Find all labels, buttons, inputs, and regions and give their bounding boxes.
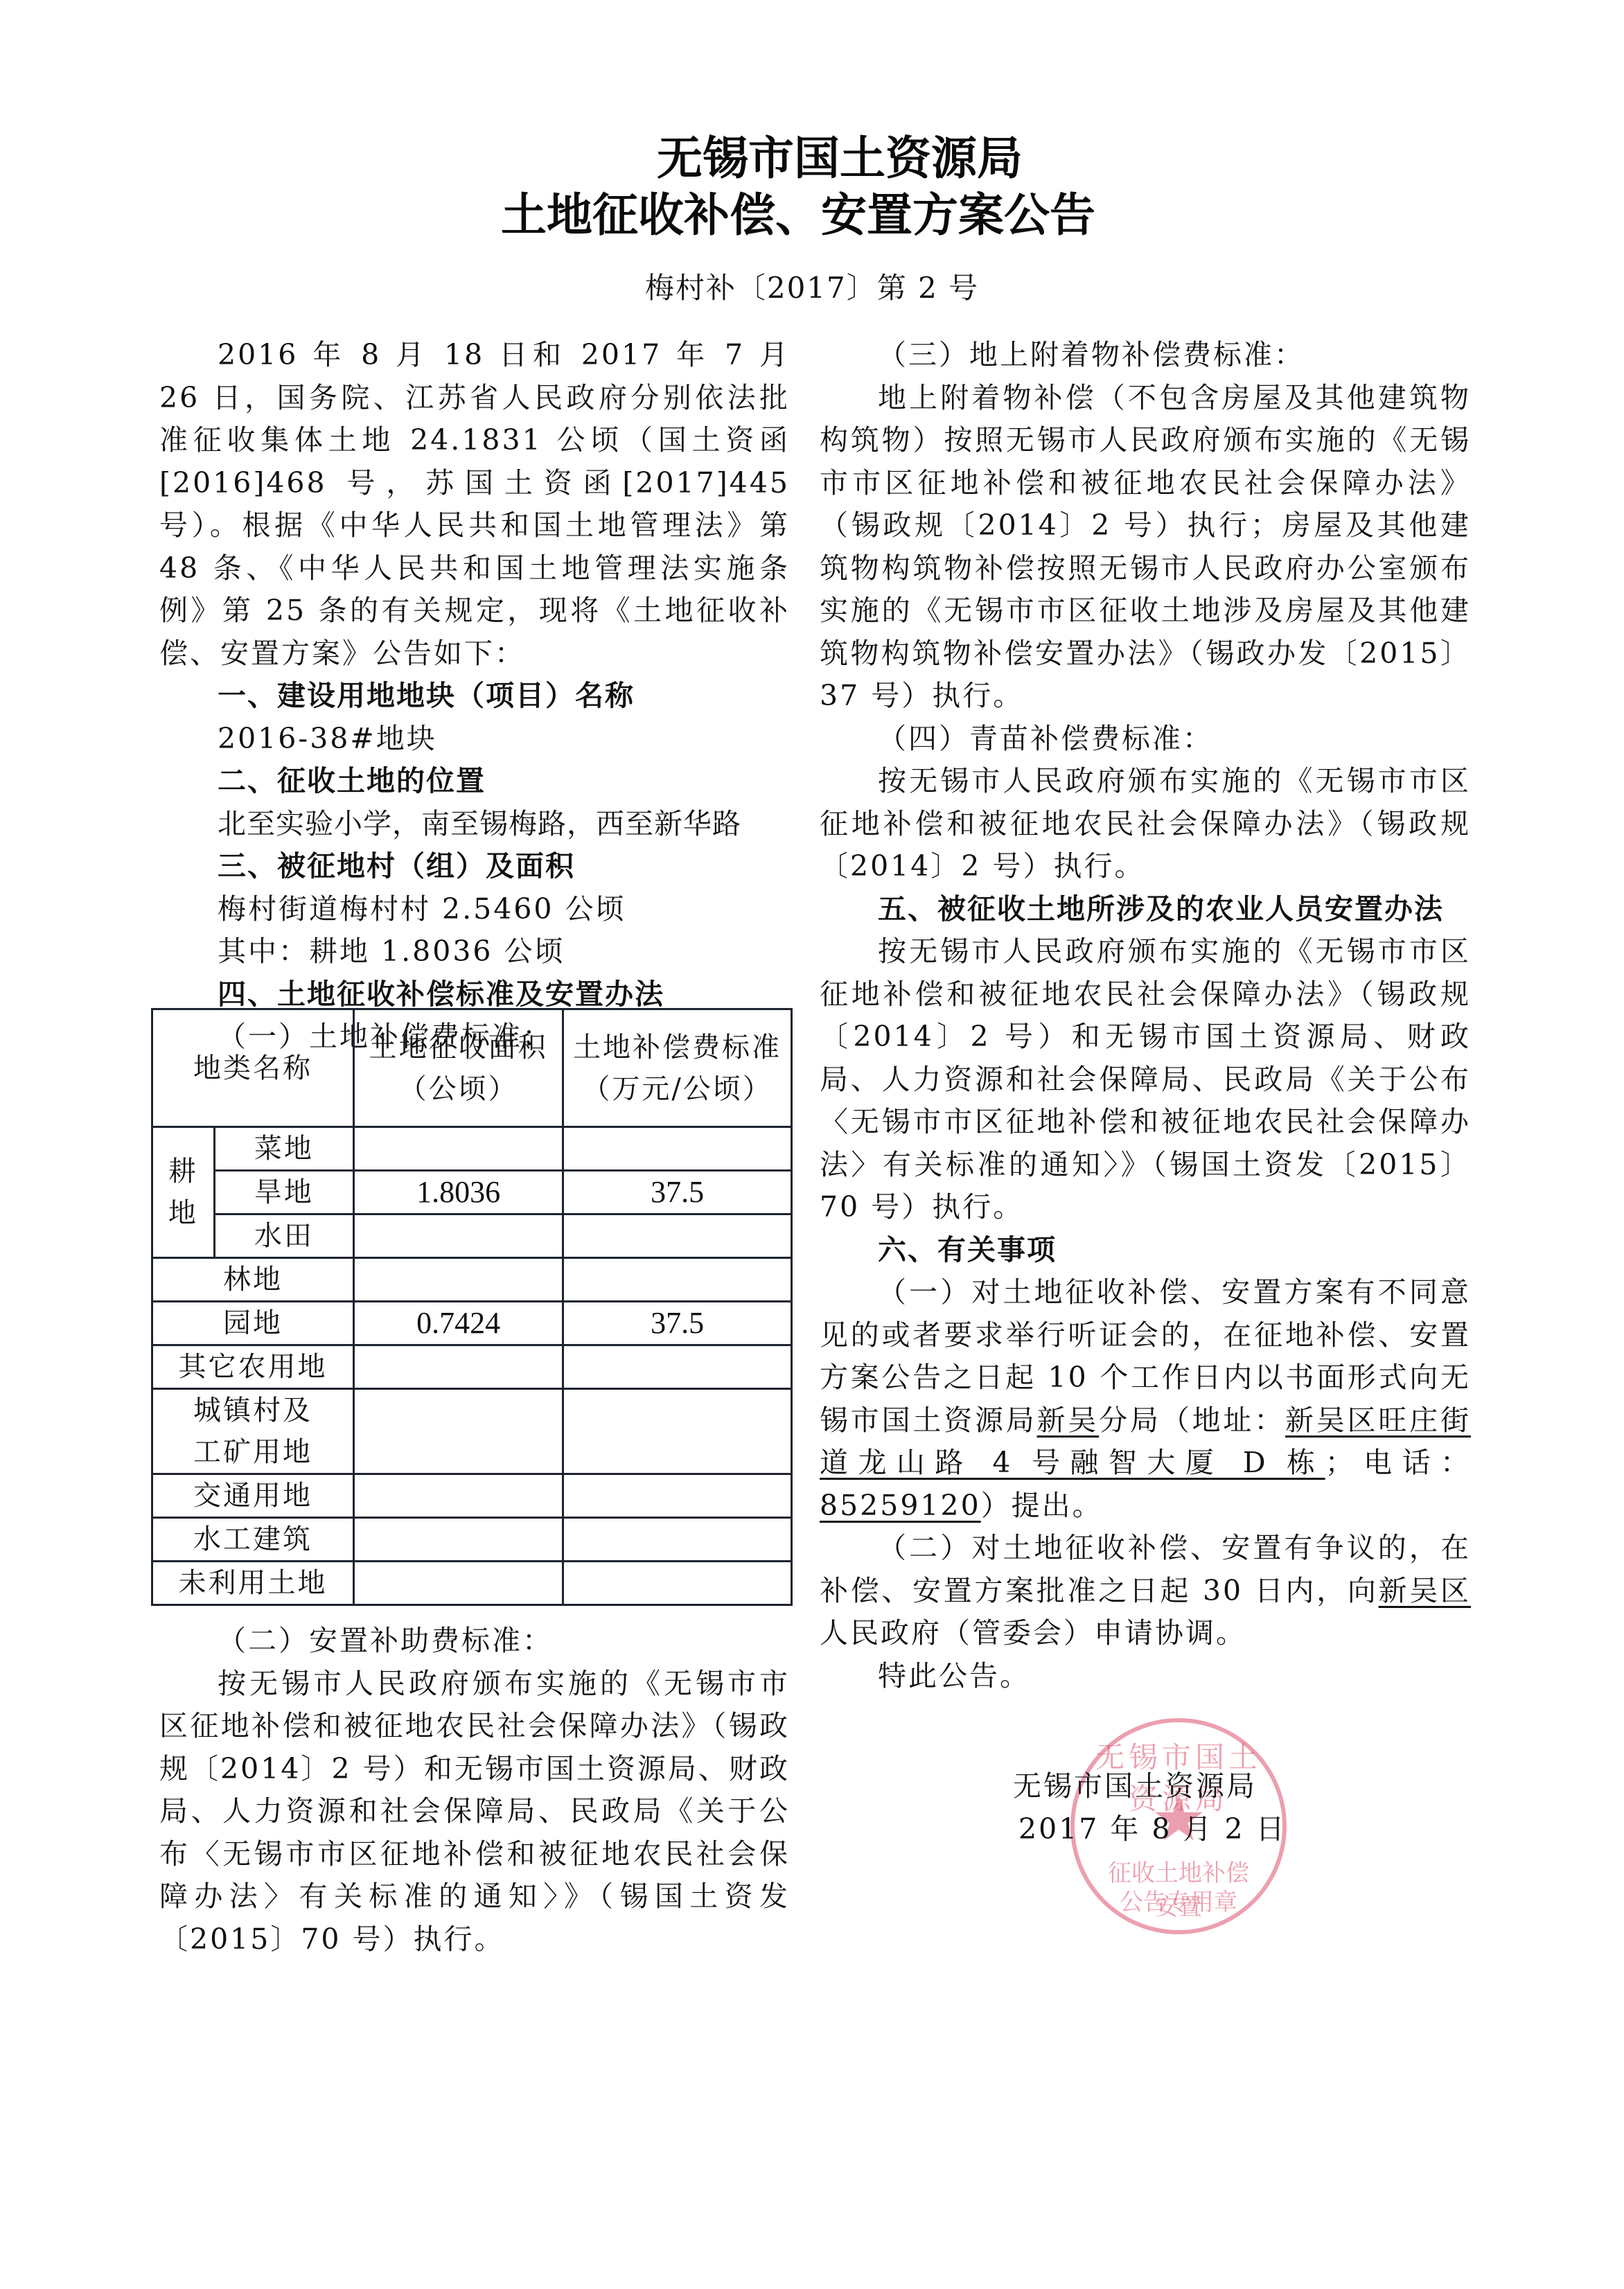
row-name: 未利用土地 xyxy=(152,1562,354,1605)
row-area xyxy=(354,1258,563,1302)
table-row: 水工建筑 xyxy=(152,1518,792,1562)
group-label-char-2: 地 xyxy=(153,1192,213,1234)
group-label-cultivated: 耕 地 xyxy=(152,1127,215,1258)
item-2-text-b: 人民政府（管委会）申请协调。 xyxy=(820,1616,1246,1650)
item-1-text-b: 分局（地址： xyxy=(1099,1404,1285,1437)
section-1-body: 2016-38#地块 xyxy=(159,718,790,761)
row-rate xyxy=(563,1214,792,1258)
table-row: 水田 xyxy=(152,1214,792,1258)
section-6-item-1: （一）对土地征收补偿、安置方案有不同意见的或者要求举行听证会的，在征地补偿、安置… xyxy=(820,1271,1471,1527)
section-4-sub4-heading: （四）青苗补偿费标准： xyxy=(820,718,1471,761)
closing-statement: 特此公告。 xyxy=(820,1655,1471,1698)
row-rate xyxy=(563,1345,792,1389)
section-4-sub2-heading: （二）安置补助费标准： xyxy=(159,1620,790,1663)
section-4-sub2-body: 按无锡市人民政府颁布实施的《无锡市市区征地补偿和被征地农民社会保障办法》（锡政规… xyxy=(159,1663,790,1961)
row-area xyxy=(354,1389,563,1474)
item-1-text-d: ）提出。 xyxy=(981,1489,1103,1522)
header-area-line1: 土地征收面积 xyxy=(355,1027,562,1068)
section-2-heading: 二、征收土地的位置 xyxy=(159,760,790,803)
item-1-phone: 85259120 xyxy=(820,1489,981,1522)
land-compensation-table: 地类名称 土地征收面积 （公顷） 土地补偿费标准 （万元/公顷） 耕 地 菜地 … xyxy=(151,1008,793,1606)
signature-date: 2017 年 8 月 2 日 xyxy=(1018,1808,1287,1850)
section-4-sub4-body: 按无锡市人民政府颁布实施的《无锡市市区征地补偿和被征地农民社会保障办法》（锡政规… xyxy=(820,760,1471,888)
row-name: 交通用地 xyxy=(152,1474,354,1518)
section-5-heading: 五、被征收土地所涉及的农业人员安置办法 xyxy=(820,888,1471,931)
section-6-heading: 六、有关事项 xyxy=(820,1229,1471,1272)
header-area: 土地征收面积 （公顷） xyxy=(354,1009,563,1127)
seal-inner-line1: 征收土地补偿安置 xyxy=(1102,1854,1255,1922)
row-rate xyxy=(563,1258,792,1302)
left-column: 2016 年 8 月 18 日和 2017 年 7 月 26 日，国务院、江苏省… xyxy=(159,334,790,1059)
left-column-continued: （二）安置补助费标准： 按无锡市人民政府颁布实施的《无锡市市区征地补偿和被征地农… xyxy=(159,1620,790,1961)
table-row: 未利用土地 xyxy=(152,1562,792,1605)
row-name: 旱地 xyxy=(214,1171,353,1214)
document-number: 梅村补〔2017〕第 2 号 xyxy=(0,269,1624,308)
intro-paragraph: 2016 年 8 月 18 日和 2017 年 7 月 26 日，国务院、江苏省… xyxy=(159,334,790,675)
seal-inner-line2: 公告专用章 xyxy=(1102,1883,1255,1917)
row-name: 城镇村及 工矿用地 xyxy=(152,1389,354,1474)
row-name-line2: 工矿用地 xyxy=(153,1431,353,1473)
row-area xyxy=(354,1127,563,1171)
row-name: 水工建筑 xyxy=(152,1518,354,1562)
table-row: 园地 0.7424 37.5 xyxy=(152,1302,792,1345)
row-rate xyxy=(563,1518,792,1562)
section-1-heading: 一、建设用地地块（项目）名称 xyxy=(159,675,790,718)
table-row: 其它农用地 xyxy=(152,1345,792,1389)
right-column: （三）地上附着物补偿费标准： 地上附着物补偿（不包含房屋及其他建筑物构筑物）按照… xyxy=(820,334,1471,1697)
table-row: 城镇村及 工矿用地 xyxy=(152,1389,792,1474)
header-rate-line2: （万元/公顷） xyxy=(564,1068,791,1110)
item-1-text-c: ；电话： xyxy=(1325,1446,1471,1479)
table-header-row: 地类名称 土地征收面积 （公顷） 土地补偿费标准 （万元/公顷） xyxy=(152,1009,792,1127)
row-rate: 37.5 xyxy=(563,1171,792,1214)
table-row: 交通用地 xyxy=(152,1474,792,1518)
item-2-text-a: （二）对土地征收补偿、安置有争议的，在补偿、安置方案批准之日起 30 日内，向 xyxy=(820,1531,1471,1607)
item-1-branch-name: 新吴 xyxy=(1037,1404,1100,1437)
row-rate xyxy=(563,1127,792,1171)
section-3-body-farmland: 其中：耕地 1.8036 公顷 xyxy=(159,930,790,973)
row-rate: 37.5 xyxy=(563,1302,792,1345)
row-rate xyxy=(563,1389,792,1474)
row-area xyxy=(354,1474,563,1518)
document-title-line1: 无锡市国土资源局 xyxy=(28,130,1624,186)
row-area xyxy=(354,1214,563,1258)
row-name: 林地 xyxy=(152,1258,354,1302)
row-name: 菜地 xyxy=(214,1127,353,1171)
row-name: 水田 xyxy=(214,1214,353,1258)
section-3-heading: 三、被征地村（组）及面积 xyxy=(159,845,790,888)
table-row: 林地 xyxy=(152,1258,792,1302)
section-3-body-village: 梅村街道梅村村 2.5460 公顷 xyxy=(159,888,790,931)
table-row: 耕 地 菜地 xyxy=(152,1127,792,1171)
row-name: 其它农用地 xyxy=(152,1345,354,1389)
row-area: 0.7424 xyxy=(354,1302,563,1345)
signature-organization: 无锡市国土资源局 xyxy=(1013,1765,1257,1807)
row-area: 1.8036 xyxy=(354,1171,563,1214)
row-area xyxy=(354,1562,563,1605)
header-land-category: 地类名称 xyxy=(152,1009,354,1127)
row-rate xyxy=(563,1474,792,1518)
row-area xyxy=(354,1345,563,1389)
row-area xyxy=(354,1518,563,1562)
header-rate: 土地补偿费标准 （万元/公顷） xyxy=(563,1009,792,1127)
section-5-body: 按无锡市人民政府颁布实施的《无锡市市区征地补偿和被征地农民社会保障办法》（锡政规… xyxy=(820,930,1471,1229)
section-6-item-2: （二）对土地征收补偿、安置有争议的，在补偿、安置方案批准之日起 30 日内，向新… xyxy=(820,1527,1471,1655)
header-rate-line1: 土地补偿费标准 xyxy=(564,1027,791,1068)
row-name: 园地 xyxy=(152,1302,354,1345)
item-2-district: 新吴区 xyxy=(1379,1574,1471,1607)
document-title-line2: 土地征收补偿、安置方案公告 xyxy=(0,187,1610,242)
group-label-char-1: 耕 xyxy=(153,1151,213,1192)
section-2-body: 北至实验小学，南至锡梅路，西至新华路 xyxy=(159,803,790,846)
row-rate xyxy=(563,1562,792,1605)
row-name-line1: 城镇村及 xyxy=(153,1390,353,1431)
table-row: 旱地 1.8036 37.5 xyxy=(152,1171,792,1214)
section-4-sub3-body: 地上附着物补偿（不包含房屋及其他建筑物构筑物）按照无锡市人民政府颁布实施的《无锡… xyxy=(820,377,1471,718)
section-4-sub3-heading: （三）地上附着物补偿费标准： xyxy=(820,334,1471,377)
header-area-line2: （公顷） xyxy=(355,1068,562,1110)
